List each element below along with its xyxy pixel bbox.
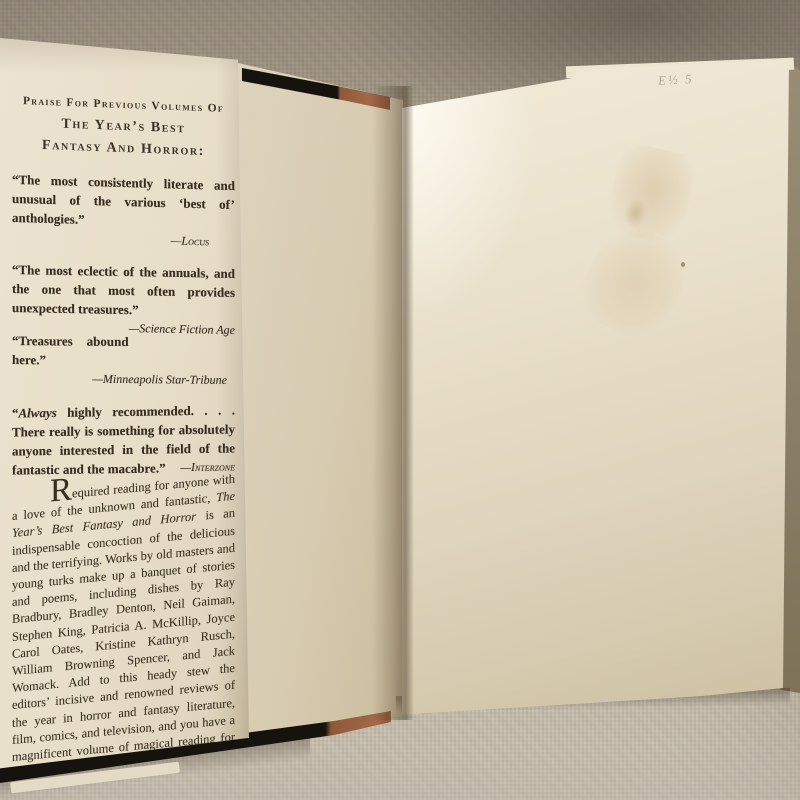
quote-attribution: —Minneapolis Star-Tribune (12, 369, 235, 390)
quote-text: “Treasures abound here.” (12, 333, 129, 367)
photo-open-book: E½ 5 Praise For Previous Volumes Of The … (0, 0, 800, 800)
drop-cap: R (50, 471, 72, 509)
praise-quote: “The most eclectic of the annuals, and t… (12, 260, 235, 321)
praise-quote: “The most consistently literate and unus… (12, 170, 235, 252)
book-gutter-shadow (372, 86, 414, 720)
flap-body-paragraph: Required reading for anyone with a love … (12, 470, 235, 783)
quote-text: “The most consistently literate and unus… (12, 172, 235, 227)
quote-text: “The most eclectic of the annuals, and t… (12, 262, 235, 317)
flap-text-column: Praise For Previous Volumes Of The Year’… (0, 36, 252, 778)
quote-attribution: —Locus (12, 227, 235, 252)
flap-body-text: equired reading for anyone with a love o… (12, 471, 235, 781)
page-speck (681, 262, 685, 267)
praise-quote: “Treasures abound here.” —Minneapolis St… (12, 331, 235, 390)
flap-heading: Praise For Previous Volumes Of The Year’… (12, 90, 235, 165)
dust-jacket-flap: Praise For Previous Volumes Of The Year’… (0, 36, 252, 778)
praise-quote: “Always highly recommended. . . . There … (12, 400, 235, 479)
right-endpaper-page (392, 54, 792, 720)
